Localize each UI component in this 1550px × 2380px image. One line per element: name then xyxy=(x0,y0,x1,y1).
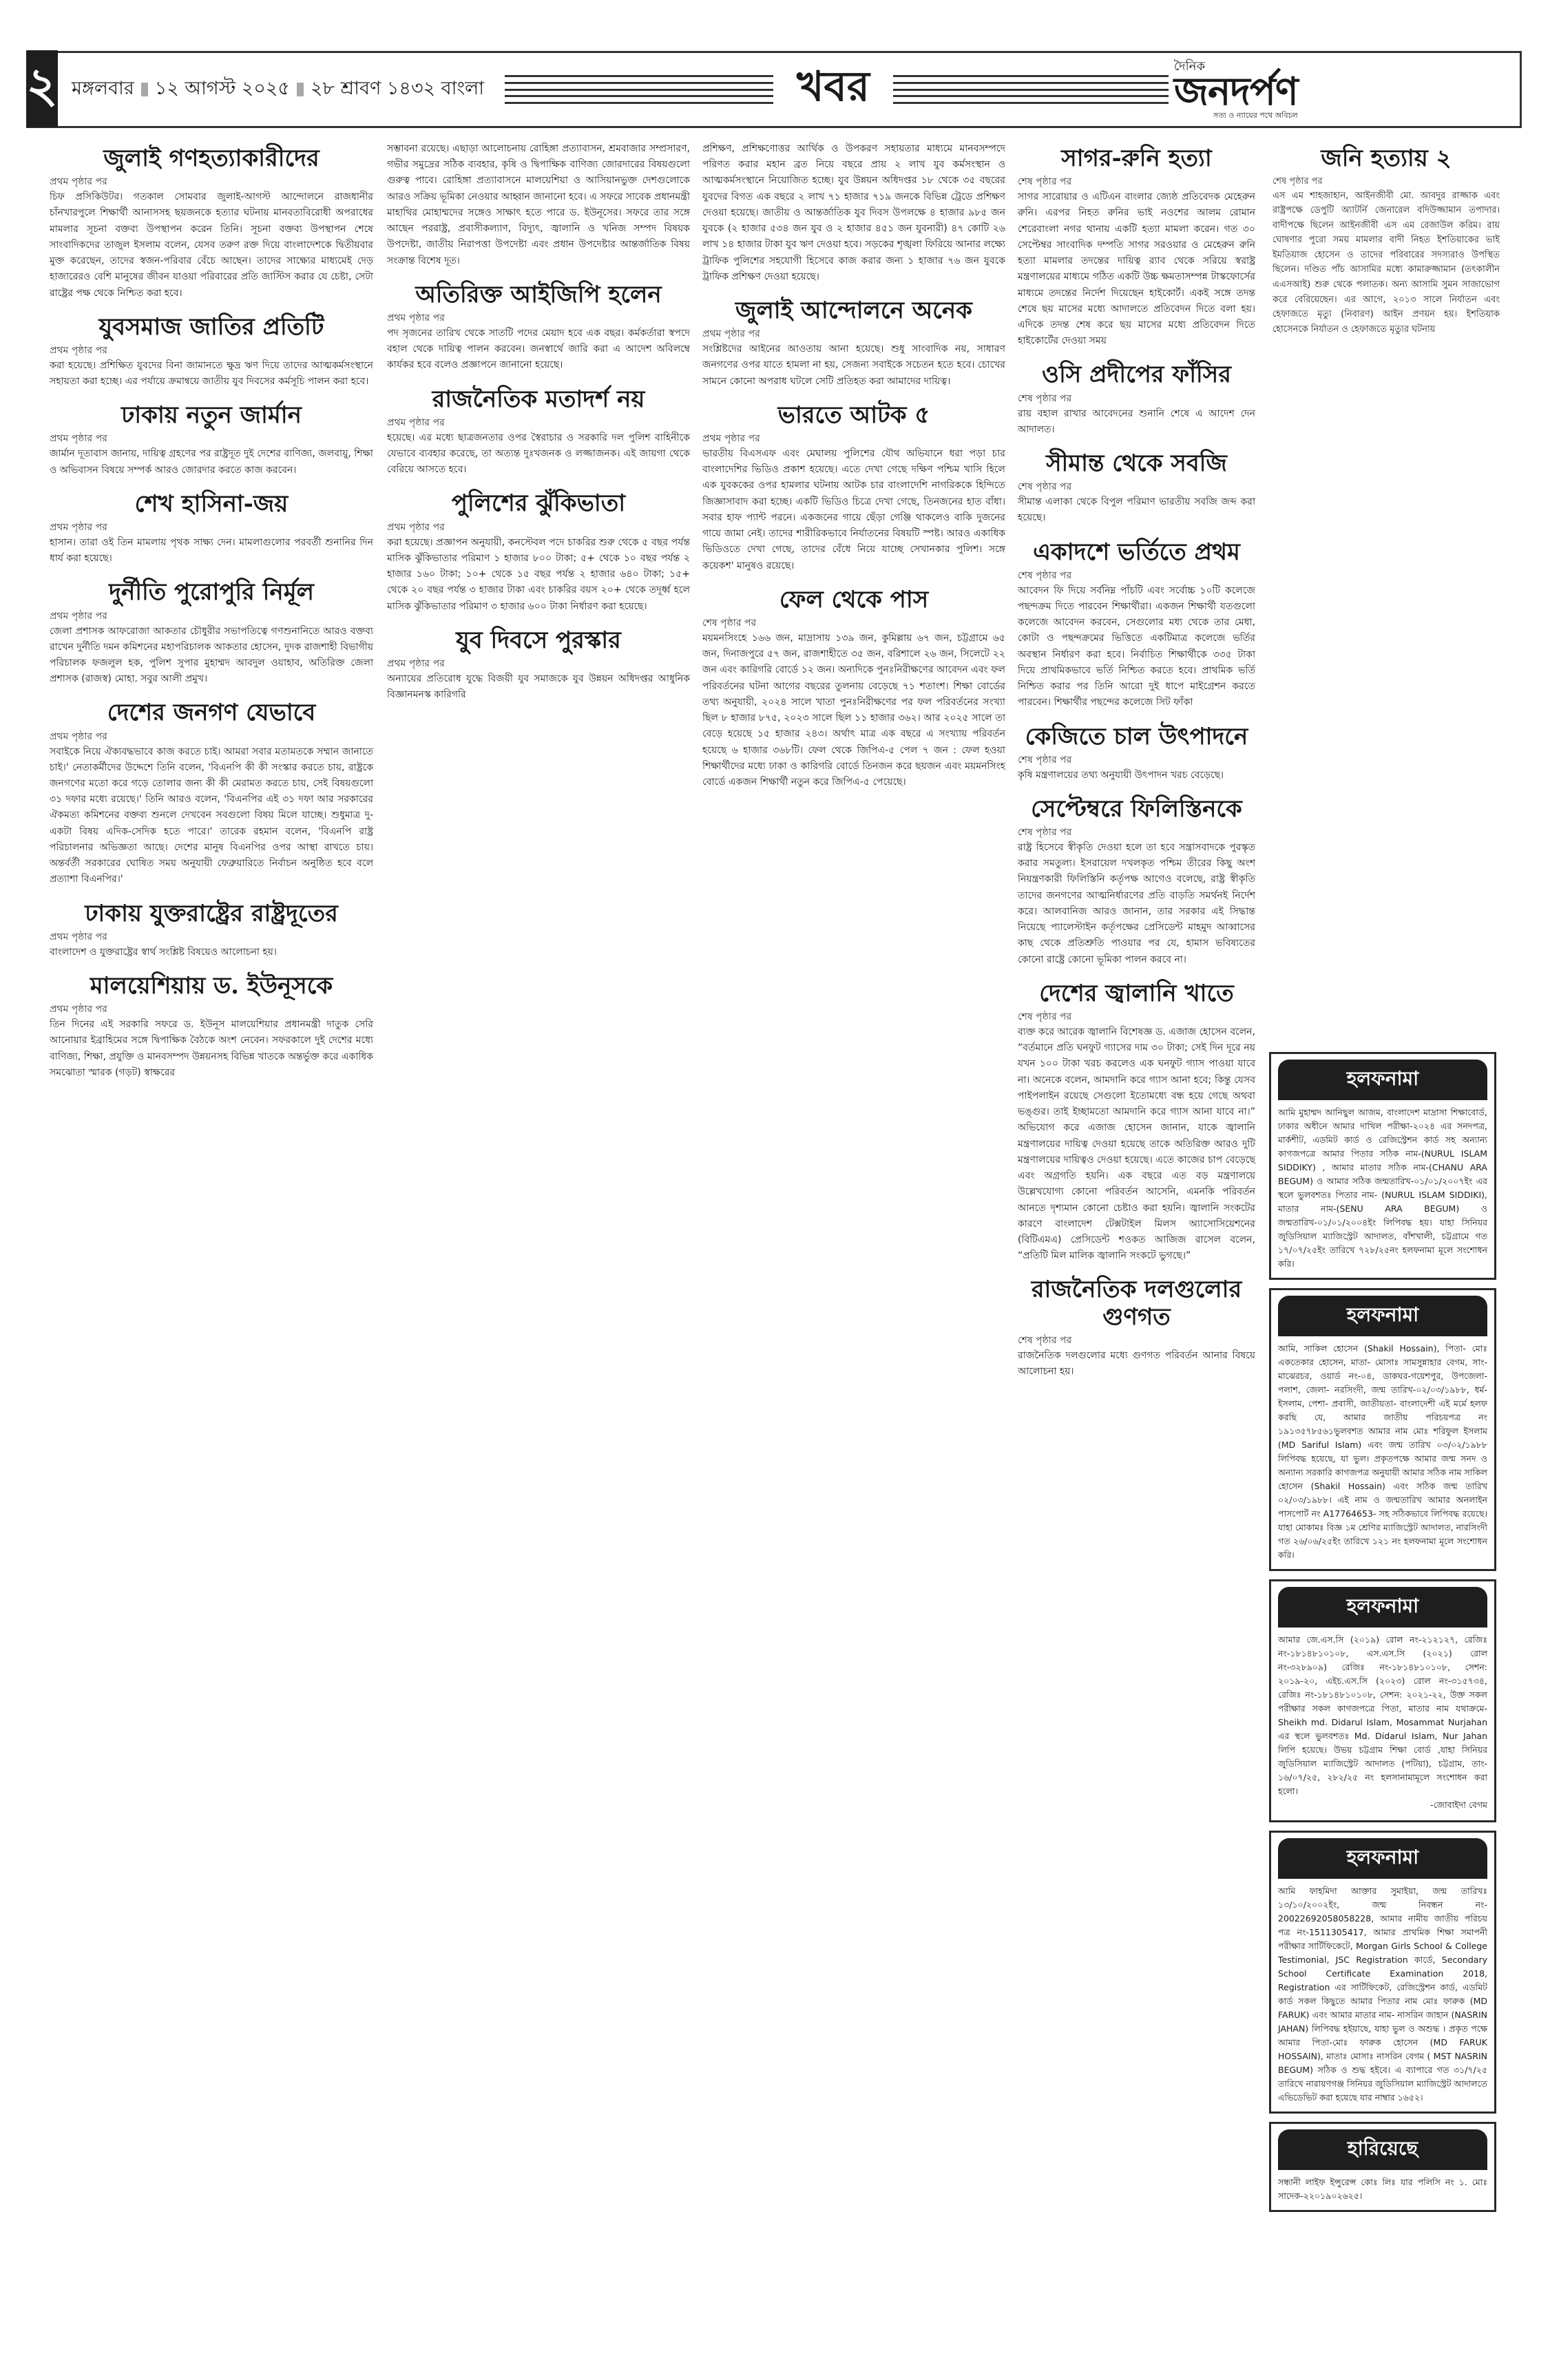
news-article: কেজিতে চাল উৎপাদনে শেষ পৃষ্ঠার পর কৃষি ম… xyxy=(1018,724,1255,783)
decorative-rules xyxy=(893,75,1169,104)
article-headline[interactable]: সীমান্ত থেকে সবজি xyxy=(1018,450,1255,477)
article-headline[interactable]: জনি হত্যায় ২ xyxy=(1273,145,1500,172)
news-article: জুলাই গণহত্যাকারীদের প্রথম পৃষ্ঠার পর চি… xyxy=(50,145,373,302)
news-article: ঢাকায় নতুন জার্মান প্রথম পৃষ্ঠার পর জার… xyxy=(50,402,373,478)
article-body: সম্ভাবনা রয়েছে। এছাড়া আলোচনায় রোহিঙ্গ… xyxy=(387,141,690,269)
article-body: ভারতীয় বিএসএফ এবং মেঘালয় পুলিশের যৌথ অ… xyxy=(702,446,1005,574)
continuation-label: প্রথম পৃষ্ঠার পর xyxy=(387,520,690,535)
weekday: মঙ্গলবার xyxy=(72,74,134,105)
news-article: দুর্নীতি পুরোপুরি নির্মূল প্রথম পৃষ্ঠার … xyxy=(50,579,373,687)
continuation-label: শেষ পৃষ্ঠার পর xyxy=(1018,1010,1255,1024)
article-body: করা হয়েছে। প্রজ্ঞাপন অনুযায়ী, কনস্টেবল… xyxy=(387,535,690,615)
news-article: শেখ হাসিনা-জয় প্রথম পৃষ্ঠার পর হাসান। ত… xyxy=(50,491,373,567)
notice-body: সন্ধানী লাইফ ইন্সুরেন্স কোঃ লিঃ যার পলিস… xyxy=(1278,2176,1487,2203)
article-body: কৃষি মন্ত্রণালয়ের তথ্য অনুযায়ী উৎপাদন … xyxy=(1018,768,1255,783)
article-body: রাজনৈতিক দলগুলোর মধ্যে গুণগত পরিবর্তন আন… xyxy=(1018,1348,1255,1380)
news-article: মালয়েশিয়ায় ড. ইউনূসকে প্রথম পৃষ্ঠার প… xyxy=(50,973,373,1081)
article-headline[interactable]: পুলিশের ঝুঁকিভাতা xyxy=(387,490,690,517)
continuation-label: শেষ পৃষ্ঠার পর xyxy=(1018,480,1255,494)
article-body: জার্মান দূতাবাস জানায়, দায়িত্ব গ্রহণের… xyxy=(50,446,373,478)
article-headline[interactable]: কেজিতে চাল উৎপাদনে xyxy=(1018,724,1255,750)
article-body: ময়মনসিংহে ১৬৬ জন, মাদ্রাসায় ১৩৯ জন, কু… xyxy=(702,631,1005,790)
notice-body: আমি ফাহমিদা আক্তার সুমাইয়া, জন্ম তারিখঃ… xyxy=(1278,1884,1487,2105)
article-headline[interactable]: জুলাই আন্দোলনে অনেক xyxy=(702,297,1005,324)
continuation-label: শেষ পৃষ্ঠার পর xyxy=(1018,569,1255,583)
article-headline[interactable]: শেখ হাসিনা-জয় xyxy=(50,491,373,518)
article-body: আবেদন ফি দিয়ে সর্বনিম্ন পাঁচটি এবং সর্ব… xyxy=(1018,583,1255,711)
article-body: পদ সৃজনের তারিখ থেকে সাতটি পদের মেয়াদ হ… xyxy=(387,326,690,374)
news-article: যুবসমাজ জাতির প্রতিটি প্রথম পৃষ্ঠার পর ক… xyxy=(50,314,373,390)
affidavit-notice: হলফনামা আমার জে.এস.সি (২০১৯) রোল নং-২১২১… xyxy=(1269,1579,1496,1822)
notice-body: আমি মুহাম্মদ আনিছুল আজম, বাংলাদেশ মাদ্রা… xyxy=(1278,1106,1487,1271)
article-body: করা হয়েছে। প্রশিক্ষিত যুবদের বিনা জামান… xyxy=(50,358,373,390)
decorative-rules xyxy=(505,75,773,104)
section-title: খবর xyxy=(797,55,870,124)
article-body: জেলা প্রশাসক আফরোজা আকতার চৌধুরীর সভাপতি… xyxy=(50,624,373,688)
news-article: ওসি প্রদীপের ফাঁসির শেষ পৃষ্ঠার পর রায় … xyxy=(1018,361,1255,438)
separator-square-icon xyxy=(297,83,304,96)
article-body: হয়েছে। এর মধ্যে ছাত্রজনতার ওপর স্বৈরাচা… xyxy=(387,430,690,478)
affidavit-notice: হলফনামা আমি ফাহমিদা আক্তার সুমাইয়া, জন্… xyxy=(1269,1831,1496,2114)
article-body: ব্যক্ত করে আরেক জ্বালানি বিশেষজ্ঞ ড. এজা… xyxy=(1018,1024,1255,1265)
continuation-label: প্রথম পৃষ্ঠার পর xyxy=(50,609,373,624)
article-headline[interactable]: অতিরিক্ত আইজিপি হলেন xyxy=(387,282,690,308)
article-headline[interactable]: যুব দিবসে পুরস্কার xyxy=(387,627,690,654)
news-column-5: সাগর-রুনি হত্যা শেষ পৃষ্ঠার পর সাগর সারো… xyxy=(1018,141,1255,1392)
article-body: সাগর সারোয়ার ও এটিএন বাংলার জ্যেষ্ঠ প্র… xyxy=(1018,189,1255,349)
news-article: দেশের জ্বালানি খাতে শেষ পৃষ্ঠার পর ব্যক্… xyxy=(1018,980,1255,1265)
article-headline[interactable]: ভারতে আটক ৫ xyxy=(702,402,1005,429)
article-headline[interactable]: জুলাই গণহত্যাকারীদের xyxy=(50,145,373,172)
continuation-label: শেষ পৃষ্ঠার পর xyxy=(702,616,1005,631)
continuation-label: প্রথম পৃষ্ঠার পর xyxy=(387,416,690,430)
notice-title: হলফনামা xyxy=(1278,1838,1487,1879)
notice-title: হারিয়েছে xyxy=(1278,2129,1487,2170)
date-bangla: ২৮ শ্রাবণ ১৪৩২ বাংলা xyxy=(311,74,484,105)
article-body: সবাইকে নিয়ে ঐক্যবদ্ধভাবে কাজ করতে চাই। … xyxy=(50,744,373,888)
continuation-label: প্রথম পৃষ্ঠার পর xyxy=(50,520,373,535)
news-column-2: সম্ভাবনা রয়েছে। এছাড়া আলোচনায় রোহিঙ্গ… xyxy=(387,141,690,715)
continuation-label: প্রথম পৃষ্ঠার পর xyxy=(702,432,1005,446)
article-body: সংশ্লিষ্টদের আইনের আওতায় আনা হয়েছে। শু… xyxy=(702,341,1005,390)
page-number: ২ xyxy=(26,50,58,127)
separator-square-icon xyxy=(141,83,148,96)
article-body: চিফ প্রসিকিউটর। গতকাল সোমবার জুলাই-আগস্ট… xyxy=(50,189,373,302)
article-headline[interactable]: সেপ্টেম্বরে ফিলিস্তিনকে xyxy=(1018,796,1255,823)
article-headline[interactable]: দেশের জনগণ যেভাবে xyxy=(50,699,373,726)
article-body: সীমান্ত এলাকা থেকে বিপুল পরিমাণ ভারতীয় … xyxy=(1018,494,1255,526)
brand-name: জনদর্পণ xyxy=(1174,73,1298,112)
notice-body: আমি, সাকিল হোসেন (Shakil Hossain), পিতা-… xyxy=(1278,1342,1487,1562)
news-column-3: প্রশিক্ষণ, প্রশিক্ষণোত্তর আর্থিক ও উপকরণ… xyxy=(702,141,1005,803)
article-body: রায় বহাল রাখার আবেদনের শুনানি শেষে এ আদ… xyxy=(1018,406,1255,438)
affidavit-notice: হলফনামা আমি মুহাম্মদ আনিছুল আজম, বাংলাদে… xyxy=(1269,1052,1496,1280)
article-headline[interactable]: ঢাকায় নতুন জার্মান xyxy=(50,402,373,429)
notice-title: হলফনামা xyxy=(1278,1060,1487,1100)
article-headline[interactable]: মালয়েশিয়ায় ড. ইউনূসকে xyxy=(50,973,373,1000)
article-body: তিন দিনের এই সরকারি সফরে ড. ইউনূস মালয়ে… xyxy=(50,1017,373,1081)
news-article: সেপ্টেম্বরে ফিলিস্তিনকে শেষ পৃষ্ঠার পর র… xyxy=(1018,796,1255,968)
news-article: যুব দিবসে পুরস্কার প্রথম পৃষ্ঠার পর অন্য… xyxy=(387,627,690,704)
news-article: দেশের জনগণ যেভাবে প্রথম পৃষ্ঠার পর সবাইক… xyxy=(50,699,373,887)
continuation-label: প্রথম পৃষ্ঠার পর xyxy=(50,730,373,744)
article-body: প্রশিক্ষণ, প্রশিক্ষণোত্তর আর্থিক ও উপকরণ… xyxy=(702,141,1005,285)
news-column-6: জনি হত্যায় ২ শেষ পৃষ্ঠার পর এস এম শাহজা… xyxy=(1273,141,1500,349)
continuation-label: প্রথম পৃষ্ঠার পর xyxy=(50,175,373,189)
notice-body: আমার জে.এস.সি (২০১৯) রোল নং-২১২১২৭, রেজি… xyxy=(1278,1633,1487,1798)
continuation-label: শেষ পৃষ্ঠার পর xyxy=(1273,175,1500,189)
news-article: ভারতে আটক ৫ প্রথম পৃষ্ঠার পর ভারতীয় বিএ… xyxy=(702,402,1005,574)
article-headline[interactable]: রাজনৈতিক মতাদর্শ নয় xyxy=(387,386,690,413)
news-article: জুলাই আন্দোলনে অনেক প্রথম পৃষ্ঠার পর সংশ… xyxy=(702,297,1005,390)
continuation-label: শেষ পৃষ্ঠার পর xyxy=(1018,825,1255,840)
continuation-label: প্রথম পৃষ্ঠার পর xyxy=(702,327,1005,341)
news-article: পুলিশের ঝুঁকিভাতা প্রথম পৃষ্ঠার পর করা হ… xyxy=(387,490,690,614)
date-gregorian: ১২ আগস্ট ২০২৫ xyxy=(155,74,290,105)
news-article: একাদশে ভর্তিতে প্রথম শেষ পৃষ্ঠার পর আবেদ… xyxy=(1018,539,1255,711)
continuation-label: প্রথম পৃষ্ঠার পর xyxy=(387,311,690,326)
news-article: ফেল থেকে পাস শেষ পৃষ্ঠার পর ময়মনসিংহে ১… xyxy=(702,587,1005,790)
article-body: হাসান। তারা ওই তিন মামলায় পৃথক সাক্ষ্য … xyxy=(50,535,373,567)
brand-tagline: সত্য ও ন্যায়ের পথে অবিচল xyxy=(1174,112,1298,119)
news-article-continued: সম্ভাবনা রয়েছে। এছাড়া আলোচনায় রোহিঙ্গ… xyxy=(387,141,690,269)
article-body: অন্যায়ের প্রতিরোধ যুদ্ধে বিজয়ী যুব সমা… xyxy=(387,671,690,703)
continuation-label: শেষ পৃষ্ঠার পর xyxy=(1018,392,1255,406)
article-headline[interactable]: দুর্নীতি পুরোপুরি নির্মূল xyxy=(50,579,373,606)
continuation-label: শেষ পৃষ্ঠার পর xyxy=(1018,175,1255,189)
news-article: সীমান্ত থেকে সবজি শেষ পৃষ্ঠার পর সীমান্ত… xyxy=(1018,450,1255,527)
notice-title: হলফনামা xyxy=(1278,1296,1487,1336)
dateline: মঙ্গলবার ১২ আগস্ট ২০২৫ ২৮ শ্রাবণ ১৪৩২ বা… xyxy=(72,74,484,105)
continuation-label: প্রথম পৃষ্ঠার পর xyxy=(50,930,373,945)
article-headline[interactable]: একাদশে ভর্তিতে প্রথম xyxy=(1018,539,1255,566)
notice-title: হলফনামা xyxy=(1278,1587,1487,1628)
article-headline[interactable]: দেশের জ্বালানি খাতে xyxy=(1018,980,1255,1007)
article-headline[interactable]: যুবসমাজ জাতির প্রতিটি xyxy=(50,314,373,341)
article-headline[interactable]: ফেল থেকে পাস xyxy=(702,587,1005,613)
news-article: রাজনৈতিক দলগুলোর গুণগত শেষ পৃষ্ঠার পর রা… xyxy=(1018,1276,1255,1380)
classified-ads: হলফনামা আমি মুহাম্মদ আনিছুল আজম, বাংলাদে… xyxy=(1269,1052,1496,2220)
news-article: রাজনৈতিক মতাদর্শ নয় প্রথম পৃষ্ঠার পর হয… xyxy=(387,386,690,478)
affidavit-notice: হলফনামা আমি, সাকিল হোসেন (Shakil Hossain… xyxy=(1269,1288,1496,1571)
lost-notice: হারিয়েছে সন্ধানী লাইফ ইন্সুরেন্স কোঃ লি… xyxy=(1269,2122,1496,2212)
news-article-continued: প্রশিক্ষণ, প্রশিক্ষণোত্তর আর্থিক ও উপকরণ… xyxy=(702,141,1005,285)
article-headline[interactable]: ওসি প্রদীপের ফাঁসির xyxy=(1018,361,1255,388)
continuation-label: প্রথম পৃষ্ঠার পর xyxy=(50,344,373,358)
article-headline[interactable]: সাগর-রুনি হত্যা xyxy=(1018,145,1255,172)
article-headline[interactable]: রাজনৈতিক দলগুলোর গুণগত xyxy=(1018,1276,1255,1330)
article-body: এস এম শাহজাহান, আইনজীবী মো. আবদুর রাজ্জা… xyxy=(1273,189,1500,337)
masthead: ২ মঙ্গলবার ১২ আগস্ট ২০২৫ ২৮ শ্রাবণ ১৪৩২ … xyxy=(26,51,1522,128)
continuation-label: প্রথম পৃষ্ঠার পর xyxy=(50,432,373,446)
news-article: সাগর-রুনি হত্যা শেষ পৃষ্ঠার পর সাগর সারো… xyxy=(1018,145,1255,349)
newspaper-logo: দৈনিক জনদর্পণ সত্য ও ন্যায়ের পথে অবিচল xyxy=(1174,61,1298,119)
article-headline[interactable]: ঢাকায় যুক্তরাষ্ট্রের রাষ্ট্রদূতের xyxy=(50,901,373,927)
continuation-label: প্রথম পৃষ্ঠার পর xyxy=(387,657,690,671)
continuation-label: শেষ পৃষ্ঠার পর xyxy=(1018,1334,1255,1348)
news-article: জনি হত্যায় ২ শেষ পৃষ্ঠার পর এস এম শাহজা… xyxy=(1273,145,1500,337)
news-column-1: জুলাই গণহত্যাকারীদের প্রথম পৃষ্ঠার পর চি… xyxy=(50,141,373,1093)
news-article: ঢাকায় যুক্তরাষ্ট্রের রাষ্ট্রদূতের প্রথম… xyxy=(50,901,373,960)
notice-signature: -জোবাইদা বেগম xyxy=(1278,1800,1487,1813)
article-body: বাংলাদেশ ও যুক্তরাষ্ট্রের স্বার্থ সংশ্লি… xyxy=(50,945,373,960)
continuation-label: প্রথম পৃষ্ঠার পর xyxy=(50,1002,373,1017)
continuation-label: শেষ পৃষ্ঠার পর xyxy=(1018,753,1255,768)
news-article: অতিরিক্ত আইজিপি হলেন প্রথম পৃষ্ঠার পর পদ… xyxy=(387,282,690,374)
article-body: রাষ্ট্র হিসেবে স্বীকৃতি দেওয়া হলে তা হব… xyxy=(1018,840,1255,968)
